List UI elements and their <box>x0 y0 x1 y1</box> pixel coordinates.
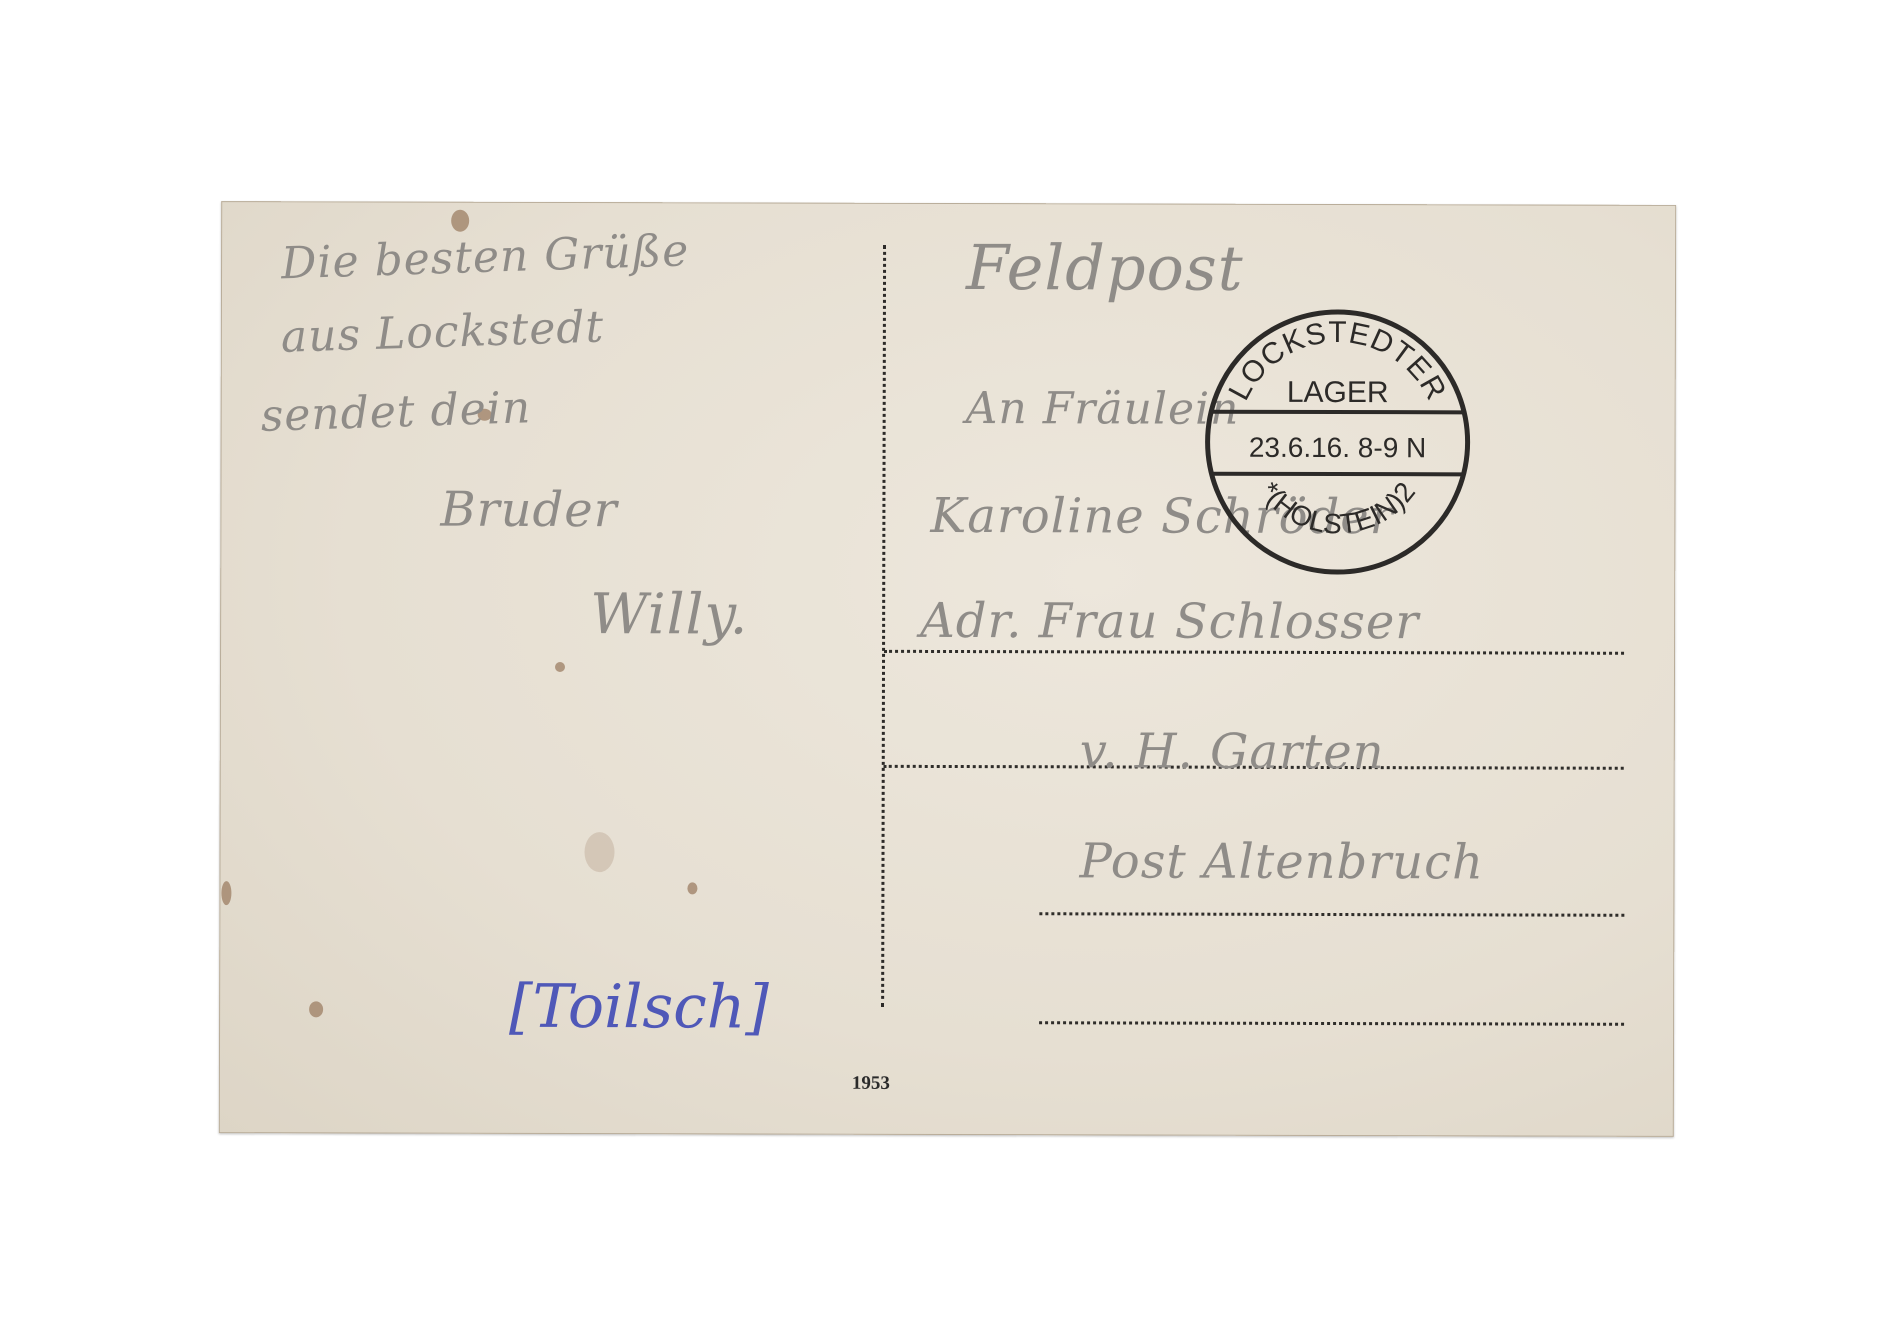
message-line-4: Bruder <box>440 482 617 538</box>
address-rule-1 <box>884 650 1624 655</box>
print-number: 1953 <box>852 1073 890 1095</box>
address-rule-4 <box>1039 1021 1624 1026</box>
postmark-bottom: *(HOLSTEIN)2 <box>1254 476 1421 540</box>
postmark-icon: LOCKSTEDTER LAGER 23.6.16. 8-9 N *(HOLST… <box>1197 302 1478 583</box>
address-line-4: v. H. Garten <box>1080 723 1385 780</box>
postmark-date: 23.6.16. 8-9 N <box>1249 432 1427 463</box>
message-line-2: aus Lockstedt <box>280 301 605 362</box>
postmark-middle: LAGER <box>1287 376 1389 409</box>
vertical-divider <box>881 245 886 1007</box>
stain <box>584 832 614 872</box>
message-line-3: sendet dein <box>260 382 532 442</box>
svg-text:*(HOLSTEIN)2: *(HOLSTEIN)2 <box>1254 476 1421 540</box>
address-line-5: Post Altenbruch <box>1079 833 1484 890</box>
stain <box>555 662 565 672</box>
feldpost-header: Feldpost <box>966 231 1244 305</box>
stain <box>451 210 469 232</box>
blue-annotation: [Toilsch] <box>509 972 769 1043</box>
message-signature: Willy. <box>590 582 748 647</box>
message-line-1: Die besten Grüße <box>280 225 690 289</box>
address-line-3: Adr. Frau Schlosser <box>920 593 1419 650</box>
stain <box>687 882 697 894</box>
address-rule-3 <box>1039 912 1624 917</box>
postcard: Die besten Grüße aus Lockstedt sendet de… <box>219 201 1676 1137</box>
stain <box>309 1001 323 1017</box>
stain <box>221 881 231 905</box>
